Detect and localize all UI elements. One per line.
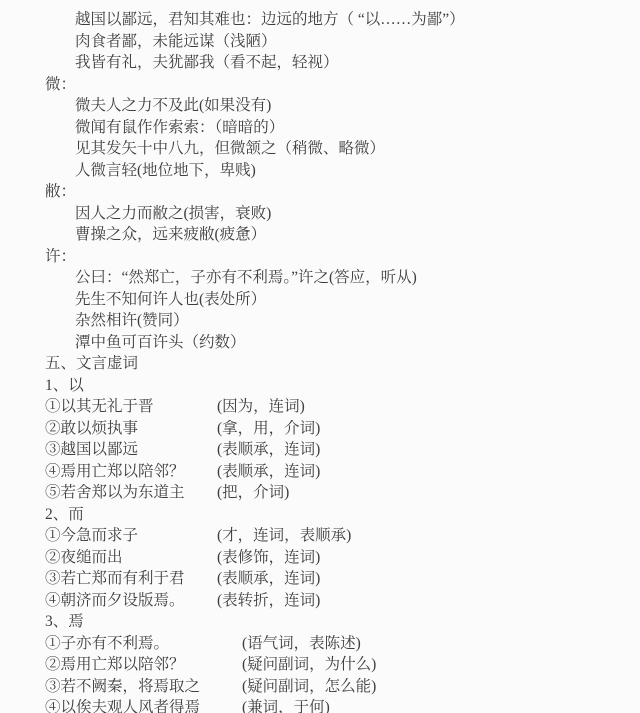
lesson-notes-document: 越国以鄙远，君知其难也：边远的地方（ “以……为鄙”） 肉食者鄙，未能远谋（浅陋… bbox=[0, 0, 640, 713]
example-sentence: 微闻有鼠作作索索：（暗暗的） bbox=[0, 117, 640, 139]
example-sentence: 曹操之众，远来疲敝(疲惫） bbox=[0, 224, 640, 246]
example-phrase: ①以其无礼于晋 bbox=[45, 396, 217, 418]
group-title: 1、以 bbox=[0, 375, 640, 397]
qa-row: ①子亦有不利焉。 (语气词，表陈述) bbox=[0, 633, 640, 655]
example-phrase: ⑤若舍郑以为东道主 bbox=[45, 482, 217, 504]
example-sentence: 潭中鱼可百许头（约数） bbox=[0, 332, 640, 354]
document-page: { "page": { "background": "#fbfbfb", "te… bbox=[0, 0, 640, 713]
example-sentence: 杂然相许(赞同） bbox=[0, 310, 640, 332]
qa-row: ①以其无礼于晋 (因为，连词) bbox=[0, 396, 640, 418]
entry-label-xu: 许： bbox=[0, 246, 640, 268]
usage-note: (表顺承，连词) bbox=[217, 568, 320, 590]
example-sentence: 微夫人之力不及此(如果没有) bbox=[0, 95, 640, 117]
example-sentence: 先生不知何许人也(表处所） bbox=[0, 289, 640, 311]
usage-note: (因为，连词) bbox=[217, 396, 305, 418]
example-phrase: ②敢以烦执事 bbox=[45, 418, 217, 440]
usage-note: (拿，用，介词) bbox=[217, 418, 320, 440]
example-sentence: 肉食者鄙，未能远谋（浅陋） bbox=[0, 31, 640, 53]
group-title: 2、而 bbox=[0, 504, 640, 526]
qa-row: ①今急而求子 (才，连词，表顺承) bbox=[0, 525, 640, 547]
example-sentence: 见其发矢十中八九，但微颔之（稍微、略微） bbox=[0, 138, 640, 160]
usage-note: (表转折，连词) bbox=[217, 590, 320, 612]
example-sentence: 因人之力而敝之(损害，衰败) bbox=[0, 203, 640, 225]
qa-row: ④朝济而夕设版焉。 (表转折，连词) bbox=[0, 590, 640, 612]
example-phrase: ③若亡郑而有利于君 bbox=[45, 568, 217, 590]
qa-row: ④焉用亡郑以陪邻？ (表顺承，连词) bbox=[0, 461, 640, 483]
example-phrase: ④以俟夫观人风者得焉 bbox=[45, 697, 242, 713]
usage-note: (表修饰，连词) bbox=[217, 547, 320, 569]
usage-note: (才，连词，表顺承) bbox=[217, 525, 351, 547]
example-sentence: 人微言轻(地位地下，卑贱) bbox=[0, 160, 640, 182]
qa-row: ③越国以鄙远 (表顺承，连词) bbox=[0, 439, 640, 461]
example-sentence: 我皆有礼，夫犹鄙我（看不起，轻视） bbox=[0, 52, 640, 74]
usage-note: (疑问副词，怎么能) bbox=[242, 676, 376, 698]
example-sentence: 公曰：“然郑亡，子亦有不利焉。”许之(答应，听从) bbox=[0, 267, 640, 289]
group-title: 3、焉 bbox=[0, 611, 640, 633]
qa-row: ⑤若舍郑以为东道主 (把，介词) bbox=[0, 482, 640, 504]
function-word-group-yi: 1、以 ①以其无礼于晋 (因为，连词) ②敢以烦执事 (拿，用，介词) ③越国以… bbox=[0, 375, 640, 504]
qa-row: ②敢以烦执事 (拿，用，介词) bbox=[0, 418, 640, 440]
function-word-group-yan: 3、焉 ①子亦有不利焉。 (语气词，表陈述) ②焉用亡郑以陪邻？ (疑问副词，为… bbox=[0, 611, 640, 713]
example-phrase: ②焉用亡郑以陪邻？ bbox=[45, 654, 242, 676]
qa-row: ②夜缒而出 (表修饰，连词) bbox=[0, 547, 640, 569]
usage-note: (表顺承，连词) bbox=[217, 439, 320, 461]
function-word-group-er: 2、而 ①今急而求子 (才，连词，表顺承) ②夜缒而出 (表修饰，连词) ③若亡… bbox=[0, 504, 640, 612]
usage-note: (疑问副词，为什么) bbox=[242, 654, 376, 676]
usage-note: (把，介词) bbox=[217, 482, 289, 504]
qa-row: ②焉用亡郑以陪邻？ (疑问副词，为什么) bbox=[0, 654, 640, 676]
entry-label-bi: 敝： bbox=[0, 181, 640, 203]
qa-row: ③若亡郑而有利于君 (表顺承，连词) bbox=[0, 568, 640, 590]
example-phrase: ①今急而求子 bbox=[45, 525, 217, 547]
example-phrase: ④焉用亡郑以陪邻？ bbox=[45, 461, 217, 483]
example-phrase: ④朝济而夕设版焉。 bbox=[45, 590, 217, 612]
qa-row: ④以俟夫观人风者得焉 (兼词，于何) bbox=[0, 697, 640, 713]
section-heading: 五、文言虚词 bbox=[0, 353, 640, 375]
example-sentence: 越国以鄙远，君知其难也：边远的地方（ “以……为鄙”） bbox=[0, 9, 640, 31]
example-phrase: ③越国以鄙远 bbox=[45, 439, 217, 461]
usage-note: (兼词，于何) bbox=[242, 697, 330, 713]
usage-note: (语气词，表陈述) bbox=[242, 633, 361, 655]
example-phrase: ①子亦有不利焉。 bbox=[45, 633, 242, 655]
usage-note: (表顺承，连词) bbox=[217, 461, 320, 483]
entry-label-wei: 微： bbox=[0, 74, 640, 96]
example-phrase: ③若不阙秦，将焉取之 bbox=[45, 676, 242, 698]
qa-row: ③若不阙秦，将焉取之 (疑问副词，怎么能) bbox=[0, 676, 640, 698]
example-phrase: ②夜缒而出 bbox=[45, 547, 217, 569]
